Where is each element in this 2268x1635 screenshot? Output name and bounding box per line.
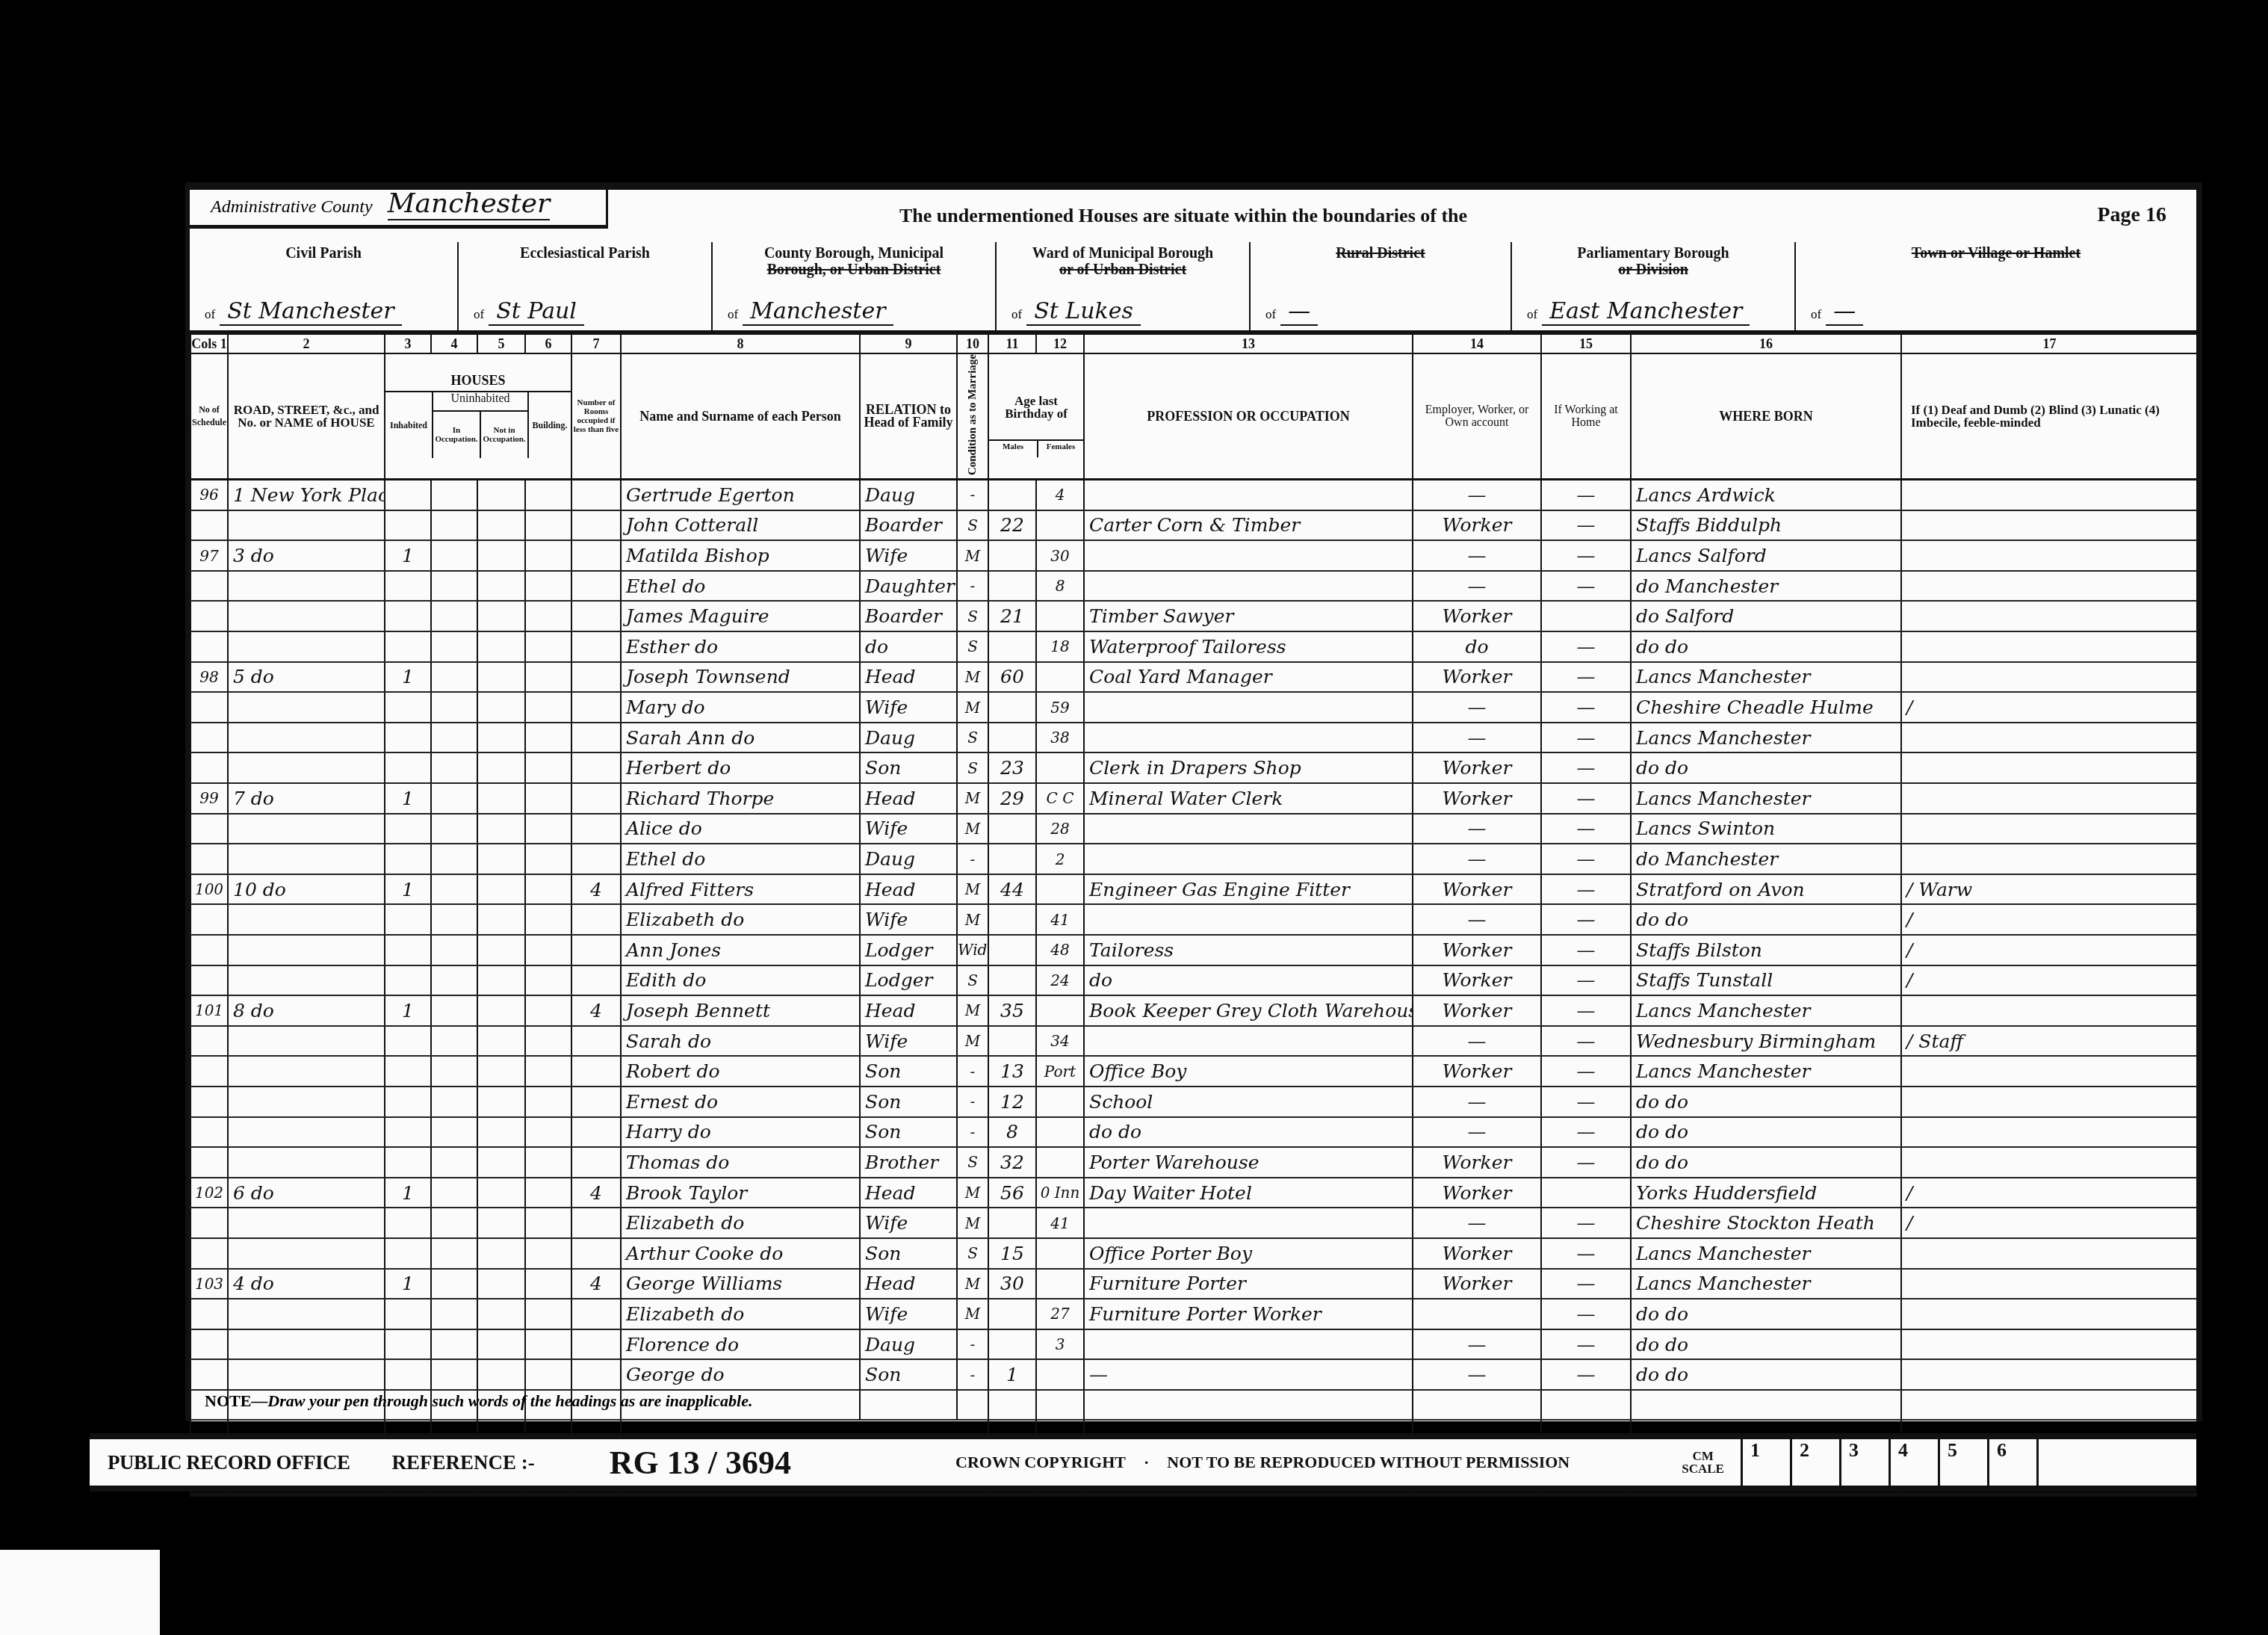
cell-relation: Wife: [860, 904, 957, 935]
cell-condition: -: [957, 480, 988, 510]
cell-occupation: School: [1084, 1087, 1413, 1117]
cell-inhabited: [385, 904, 431, 935]
header-at-home: If Working at Home: [1541, 353, 1631, 480]
cell-condition: M: [957, 1026, 988, 1057]
cell-empty: [525, 1117, 571, 1148]
cell-empty: [431, 874, 477, 905]
cell-relation: Lodger: [860, 965, 957, 996]
cell-rooms: 4: [571, 1269, 621, 1299]
cell-relation: Daughter: [860, 571, 957, 602]
cell-schedule: [190, 571, 228, 602]
cell-empty: [525, 844, 571, 874]
cell-empty: [477, 844, 525, 874]
cell-employer: do: [1413, 631, 1541, 662]
cell-inhabited: 1: [385, 783, 431, 814]
cell-road: 10 do: [228, 874, 385, 905]
area-value: St Lukes: [1026, 298, 1141, 326]
cell-rooms: [571, 480, 621, 510]
cell-schedule: 98: [190, 662, 228, 693]
cell-empty: [431, 540, 477, 571]
cell-female-age: 18: [1036, 631, 1084, 662]
cell-born: Lancs Swinton: [1631, 814, 1901, 844]
cell-schedule: [190, 1147, 228, 1178]
cell-condition: M: [957, 904, 988, 935]
cell-infirmity: [1901, 571, 2197, 602]
census-table: Cols 1234567891011121314151617 No of Sch…: [190, 335, 2197, 1497]
cell-condition: M: [957, 1178, 988, 1208]
cell-born: Stratford on Avon: [1631, 874, 1901, 905]
cell-inhabited: [385, 1329, 431, 1360]
cell-rooms: [571, 1359, 621, 1390]
cell-relation: Wife: [860, 1208, 957, 1238]
cell-occupation: [1084, 540, 1413, 571]
cell-at-home: —: [1541, 783, 1631, 814]
cell-male-age: 32: [988, 1147, 1036, 1178]
column-number: 5: [477, 335, 525, 353]
cell-relation: Head: [860, 1269, 957, 1299]
cell-condition: M: [957, 662, 988, 693]
column-number: Cols 1: [190, 335, 228, 353]
cell-name: Joseph Bennett: [621, 995, 860, 1026]
cell-relation: Wife: [860, 692, 957, 723]
cell-empty: [477, 480, 525, 510]
cell-rooms: [571, 935, 621, 965]
copyright: CROWN COPYRIGHT: [955, 1453, 1126, 1472]
cell-born: Lancs Manchester: [1631, 783, 1901, 814]
cell-empty: [477, 510, 525, 541]
cell-empty: [477, 935, 525, 965]
cell-infirmity: [1901, 631, 2197, 662]
cell-employer: Worker: [1413, 510, 1541, 541]
cell-empty: [431, 723, 477, 753]
cell-female-age: 59: [1036, 692, 1084, 723]
cell-infirmity: [1901, 1329, 2197, 1360]
cell-born: do do: [1631, 904, 1901, 935]
cell-relation: Boarder: [860, 601, 957, 631]
cell-inhabited: [385, 571, 431, 602]
cell-male-age: 22: [988, 510, 1036, 541]
cell-male-age: [988, 1329, 1036, 1360]
cell-empty: [477, 1359, 525, 1390]
cell-schedule: [190, 1238, 228, 1269]
cell-relation: Son: [860, 1238, 957, 1269]
cell-at-home: —: [1541, 874, 1631, 905]
cell-rooms: [571, 1238, 621, 1269]
cell-occupation: do: [1084, 965, 1413, 996]
scale-mark: 5: [1940, 1439, 1989, 1486]
cell-empty: [477, 1299, 525, 1329]
cell-inhabited: 1: [385, 1178, 431, 1208]
cell-female-age: 34: [1036, 1026, 1084, 1057]
cell-empty: [525, 1238, 571, 1269]
cell-name: Robert do: [621, 1056, 860, 1087]
cell-name: Thomas do: [621, 1147, 860, 1178]
cell-road: [228, 1359, 385, 1390]
cell-condition: S: [957, 752, 988, 783]
cell-employer: Worker: [1413, 965, 1541, 996]
cell-road: [228, 723, 385, 753]
cell-male-age: [988, 1026, 1036, 1057]
cell-empty: [525, 1178, 571, 1208]
cell-relation: Lodger: [860, 935, 957, 965]
cell-rooms: [571, 1147, 621, 1178]
cell-male-age: 44: [988, 874, 1036, 905]
cell-infirmity: / Staff: [1901, 1026, 2197, 1057]
cell-female-age: Port: [1036, 1056, 1084, 1087]
cell-infirmity: [1901, 1147, 2197, 1178]
cell-infirmity: [1901, 723, 2197, 753]
cell-rooms: [571, 783, 621, 814]
cell-employer: —: [1413, 1117, 1541, 1148]
cell-empty: [431, 1269, 477, 1299]
cell-female-age: [1036, 1359, 1084, 1390]
cell-occupation: [1084, 1026, 1413, 1057]
cell-schedule: 99: [190, 783, 228, 814]
cell-empty: [431, 1359, 477, 1390]
cell-rooms: [571, 631, 621, 662]
table-row: Ann JonesLodgerWidow48TailoressWorker—St…: [190, 935, 2197, 965]
cell-born: Staffs Bilston: [1631, 935, 1901, 965]
cell-road: [228, 904, 385, 935]
cell-condition: M: [957, 1269, 988, 1299]
cell-male-age: [988, 480, 1036, 510]
cell-born: Lancs Manchester: [1631, 1056, 1901, 1087]
cell-female-age: [1036, 874, 1084, 905]
cell-road: [228, 1117, 385, 1148]
cell-empty: [477, 540, 525, 571]
area-value: East Manchester: [1542, 298, 1750, 326]
cell-empty: [525, 510, 571, 541]
cell-infirmity: [1901, 995, 2197, 1026]
table-row: 961 New York PlaceGertrude EgertonDaug-4…: [190, 480, 2197, 510]
cell-at-home: —: [1541, 1117, 1631, 1148]
cell-empty: [431, 814, 477, 844]
table-row: Elizabeth doWifeM41——do do/: [190, 904, 2197, 935]
cell-at-home: —: [1541, 1269, 1631, 1299]
header-where-born: WHERE BORN: [1631, 353, 1901, 480]
cell-schedule: 100: [190, 874, 228, 905]
cell-female-age: [1036, 510, 1084, 541]
cell-road: [228, 1056, 385, 1087]
cell-female-age: [1036, 995, 1084, 1026]
cell-born: Lancs Ardwick: [1631, 480, 1901, 510]
cell-name: Edith do: [621, 965, 860, 996]
cell-condition: S: [957, 601, 988, 631]
cell-employer: Worker: [1413, 1178, 1541, 1208]
cell-female-age: 4: [1036, 480, 1084, 510]
cell-rooms: [571, 1056, 621, 1087]
table-row: Herbert doSonS23Clerk in Drapers ShopWor…: [190, 752, 2197, 783]
cell-male-age: 35: [988, 995, 1036, 1026]
cell-inhabited: [385, 1359, 431, 1390]
cell-road: 4 do: [228, 1269, 385, 1299]
cell-occupation: [1084, 480, 1413, 510]
header-infirmity: If (1) Deaf and Dumb (2) Blind (3) Lunat…: [1901, 353, 2197, 480]
cell-empty: [525, 1269, 571, 1299]
cell-empty: [525, 1329, 571, 1360]
cell-empty: [525, 601, 571, 631]
cell-relation: Son: [860, 1359, 957, 1390]
cell-inhabited: [385, 1147, 431, 1178]
table-row: Sarah doWifeM34——Wednesbury Birmingham/ …: [190, 1026, 2197, 1057]
scale-mark: 1: [1743, 1439, 1792, 1486]
cell-born: do do: [1631, 631, 1901, 662]
cell-occupation: —: [1084, 1359, 1413, 1390]
area-1: Ecclesiastical Parish ofSt Paul: [459, 242, 713, 330]
cell-occupation: Office Boy: [1084, 1056, 1413, 1087]
cell-female-age: 0 Inn: [1036, 1178, 1084, 1208]
cell-infirmity: [1901, 752, 2197, 783]
cell-empty: [477, 965, 525, 996]
column-number: 10: [957, 335, 988, 353]
cell-born: do do: [1631, 752, 1901, 783]
cell-schedule: [190, 1329, 228, 1360]
cell-empty: [431, 752, 477, 783]
table-row: 985 do1Joseph TownsendHeadM60Coal Yard M…: [190, 662, 2197, 693]
cell-rooms: [571, 1299, 621, 1329]
cell-relation: Head: [860, 662, 957, 693]
cell-male-age: [988, 631, 1036, 662]
cell-female-age: 41: [1036, 1208, 1084, 1238]
area-5: Parliamentary Borough or Division ofEast…: [1512, 242, 1796, 330]
permission-notice: NOT TO BE REPRODUCED WITHOUT PERMISSION: [1167, 1453, 1570, 1472]
table-row: Elizabeth doWifeM41——Cheshire Stockton H…: [190, 1208, 2197, 1238]
cell-infirmity: /: [1901, 904, 2197, 935]
cell-road: 1 New York Place: [228, 480, 385, 510]
cell-at-home: [1541, 1390, 1631, 1421]
header-occupation: PROFESSION OR OCCUPATION: [1084, 353, 1413, 480]
cell-condition: M: [957, 1208, 988, 1238]
cell-condition: -: [957, 1117, 988, 1148]
cell-at-home: —: [1541, 1208, 1631, 1238]
cell-empty: [525, 814, 571, 844]
column-number: 3: [385, 335, 431, 353]
cell-schedule: [190, 1056, 228, 1087]
cell-male-age: [988, 814, 1036, 844]
cell-relation: Head: [860, 1178, 957, 1208]
cell-empty: [525, 874, 571, 905]
cell-road: 5 do: [228, 662, 385, 693]
cell-rooms: [571, 723, 621, 753]
cell-empty: [477, 1269, 525, 1299]
cell-schedule: [190, 844, 228, 874]
table-row: Esther dodoS18Waterproof Tailoressdo—do …: [190, 631, 2197, 662]
cell-empty: [477, 692, 525, 723]
cell-empty: [477, 995, 525, 1026]
cell-infirmity: [1901, 1238, 2197, 1269]
cell-female-age: [1036, 1269, 1084, 1299]
cell-empty: [525, 1087, 571, 1117]
header-condition: Condition as to Marriage: [957, 353, 988, 480]
cell-name: Harry do: [621, 1117, 860, 1148]
cell-occupation: [1084, 571, 1413, 602]
cell-inhabited: 1: [385, 995, 431, 1026]
cell-occupation: Furniture Porter: [1084, 1269, 1413, 1299]
cell-female-age: 28: [1036, 814, 1084, 844]
cell-empty: [477, 662, 525, 693]
cell-infirmity: [1901, 540, 2197, 571]
cell-name: James Maguire: [621, 601, 860, 631]
cell-name: Esther do: [621, 631, 860, 662]
cell-rooms: [571, 571, 621, 602]
column-number: 17: [1901, 335, 2197, 353]
cell-born: do Manchester: [1631, 571, 1901, 602]
cell-occupation: do do: [1084, 1117, 1413, 1148]
cell-infirmity: [1901, 510, 2197, 541]
cell-road: [228, 1147, 385, 1178]
header-name: Name and Surname of each Person: [621, 353, 860, 480]
cell-employer: —: [1413, 1359, 1541, 1390]
cell-female-age: [1036, 1147, 1084, 1178]
cell-name: Brook Taylor: [621, 1178, 860, 1208]
cm-scale-label: CMSCALE: [1682, 1450, 1724, 1475]
cell-condition: S: [957, 631, 988, 662]
cell-occupation: Carter Corn & Timber: [1084, 510, 1413, 541]
cell-infirmity: [1901, 1087, 2197, 1117]
reference-code: RG 13 / 3694: [610, 1444, 791, 1482]
page-number: Page 16: [2097, 203, 2166, 227]
cell-inhabited: 1: [385, 1269, 431, 1299]
cell-road: [228, 510, 385, 541]
cell-road: [228, 692, 385, 723]
column-headers: No of Schedule ROAD, STREET, &c., and No…: [190, 353, 2197, 480]
cell-female-age: 8: [1036, 571, 1084, 602]
cell-born: Lancs Manchester: [1631, 723, 1901, 753]
cell-empty: [477, 601, 525, 631]
cell-male-age: 12: [988, 1087, 1036, 1117]
cell-relation: Daug: [860, 1329, 957, 1360]
cell-at-home: —: [1541, 1238, 1631, 1269]
cell-empty: [477, 1087, 525, 1117]
cell-born: Lancs Manchester: [1631, 662, 1901, 693]
cell-infirmity: [1901, 1299, 2197, 1329]
cell-rooms: [571, 1208, 621, 1238]
cell-born: Cheshire Cheadle Hulme: [1631, 692, 1901, 723]
cell-relation: [860, 1390, 957, 1421]
cell-occupation: Mineral Water Clerk: [1084, 783, 1413, 814]
cell-road: [228, 1026, 385, 1057]
cell-born: Staffs Tunstall: [1631, 965, 1901, 996]
table-row: George doSon-1———do do: [190, 1359, 2197, 1390]
cell-relation: Son: [860, 1056, 957, 1087]
cell-condition: -: [957, 1329, 988, 1360]
cell-infirmity: /: [1901, 965, 2197, 996]
cell-empty: [525, 1359, 571, 1390]
cell-inhabited: [385, 1026, 431, 1057]
cell-condition: S: [957, 1147, 988, 1178]
cell-empty: [431, 1329, 477, 1360]
cell-male-age: [988, 723, 1036, 753]
census-sheet: Administrative County Manchester The und…: [185, 182, 2202, 1421]
cell-name: Ethel do: [621, 844, 860, 874]
cell-name: Alice do: [621, 814, 860, 844]
cell-rooms: [571, 1026, 621, 1057]
cell-inhabited: [385, 965, 431, 996]
cell-employer: —: [1413, 1026, 1541, 1057]
cell-male-age: [988, 692, 1036, 723]
cell-at-home: —: [1541, 995, 1631, 1026]
cell-female-age: C C: [1036, 783, 1084, 814]
cell-condition: -: [957, 571, 988, 602]
cell-inhabited: [385, 1117, 431, 1148]
cell-occupation: Porter Warehouse: [1084, 1147, 1413, 1178]
cell-empty: [525, 1056, 571, 1087]
cell-at-home: —: [1541, 1026, 1631, 1057]
cell-inhabited: [385, 1208, 431, 1238]
cell-employer: Worker: [1413, 662, 1541, 693]
cell-rooms: [571, 692, 621, 723]
office-label: PUBLIC RECORD OFFICE: [108, 1451, 350, 1474]
cell-empty: [431, 1056, 477, 1087]
cell-at-home: —: [1541, 1359, 1631, 1390]
table-row: Florence doDaug-3——do do: [190, 1329, 2197, 1360]
cell-employer: Worker: [1413, 935, 1541, 965]
table-row: Ethel doDaughter-8——do Manchester: [190, 571, 2197, 602]
cell-relation: Wife: [860, 814, 957, 844]
cell-name: Elizabeth do: [621, 1299, 860, 1329]
cell-schedule: [190, 1087, 228, 1117]
cell-rooms: [571, 540, 621, 571]
table-row: John CotterallBoarderS22Carter Corn & Ti…: [190, 510, 2197, 541]
cell-occupation: [1084, 814, 1413, 844]
cell-at-home: —: [1541, 540, 1631, 571]
cell-at-home: —: [1541, 752, 1631, 783]
area-value: Manchester: [743, 298, 893, 326]
cell-condition: M: [957, 1299, 988, 1329]
cell-schedule: [190, 692, 228, 723]
cell-road: [228, 1329, 385, 1360]
cell-occupation: [1084, 1329, 1413, 1360]
cell-male-age: 8: [988, 1117, 1036, 1148]
cell-female-age: 41: [1036, 904, 1084, 935]
cell-infirmity: [1901, 1390, 2197, 1421]
cell-rooms: [571, 1087, 621, 1117]
cell-schedule: [190, 631, 228, 662]
cell-inhabited: [385, 601, 431, 631]
cell-occupation: Waterproof Tailoress: [1084, 631, 1413, 662]
cell-relation: Daug: [860, 844, 957, 874]
cell-female-age: [1036, 662, 1084, 693]
cell-empty: [477, 752, 525, 783]
table-row: 973 do1Matilda BishopWifeM30——Lancs Salf…: [190, 540, 2197, 571]
cell-rooms: [571, 1117, 621, 1148]
cell-empty: [477, 1238, 525, 1269]
cell-empty: [525, 1208, 571, 1238]
cell-empty: [431, 965, 477, 996]
cell-schedule: [190, 510, 228, 541]
cell-empty: [477, 631, 525, 662]
cell-employer: Worker: [1413, 601, 1541, 631]
cell-empty: [525, 723, 571, 753]
cell-inhabited: [385, 480, 431, 510]
column-number: 11: [988, 335, 1036, 353]
cell-empty: [431, 1178, 477, 1208]
cell-name: Alfred Fitters: [621, 874, 860, 905]
cell-name: Florence do: [621, 1329, 860, 1360]
cell-at-home: —: [1541, 844, 1631, 874]
cell-relation: Boarder: [860, 510, 957, 541]
area-boundaries: Civil Parish ofSt Manchester Ecclesiasti…: [190, 242, 2196, 330]
area-0: Civil Parish ofSt Manchester: [190, 242, 459, 330]
cell-occupation: [1084, 1208, 1413, 1238]
archive-footer: PUBLIC RECORD OFFICE REFERENCE :- RG 13 …: [90, 1433, 2196, 1492]
cell-born: Cheshire Stockton Heath: [1631, 1208, 1901, 1238]
cell-road: [228, 601, 385, 631]
cell-road: [228, 844, 385, 874]
cell-infirmity: [1901, 814, 2197, 844]
cell-empty: [477, 571, 525, 602]
cell-condition: M: [957, 874, 988, 905]
